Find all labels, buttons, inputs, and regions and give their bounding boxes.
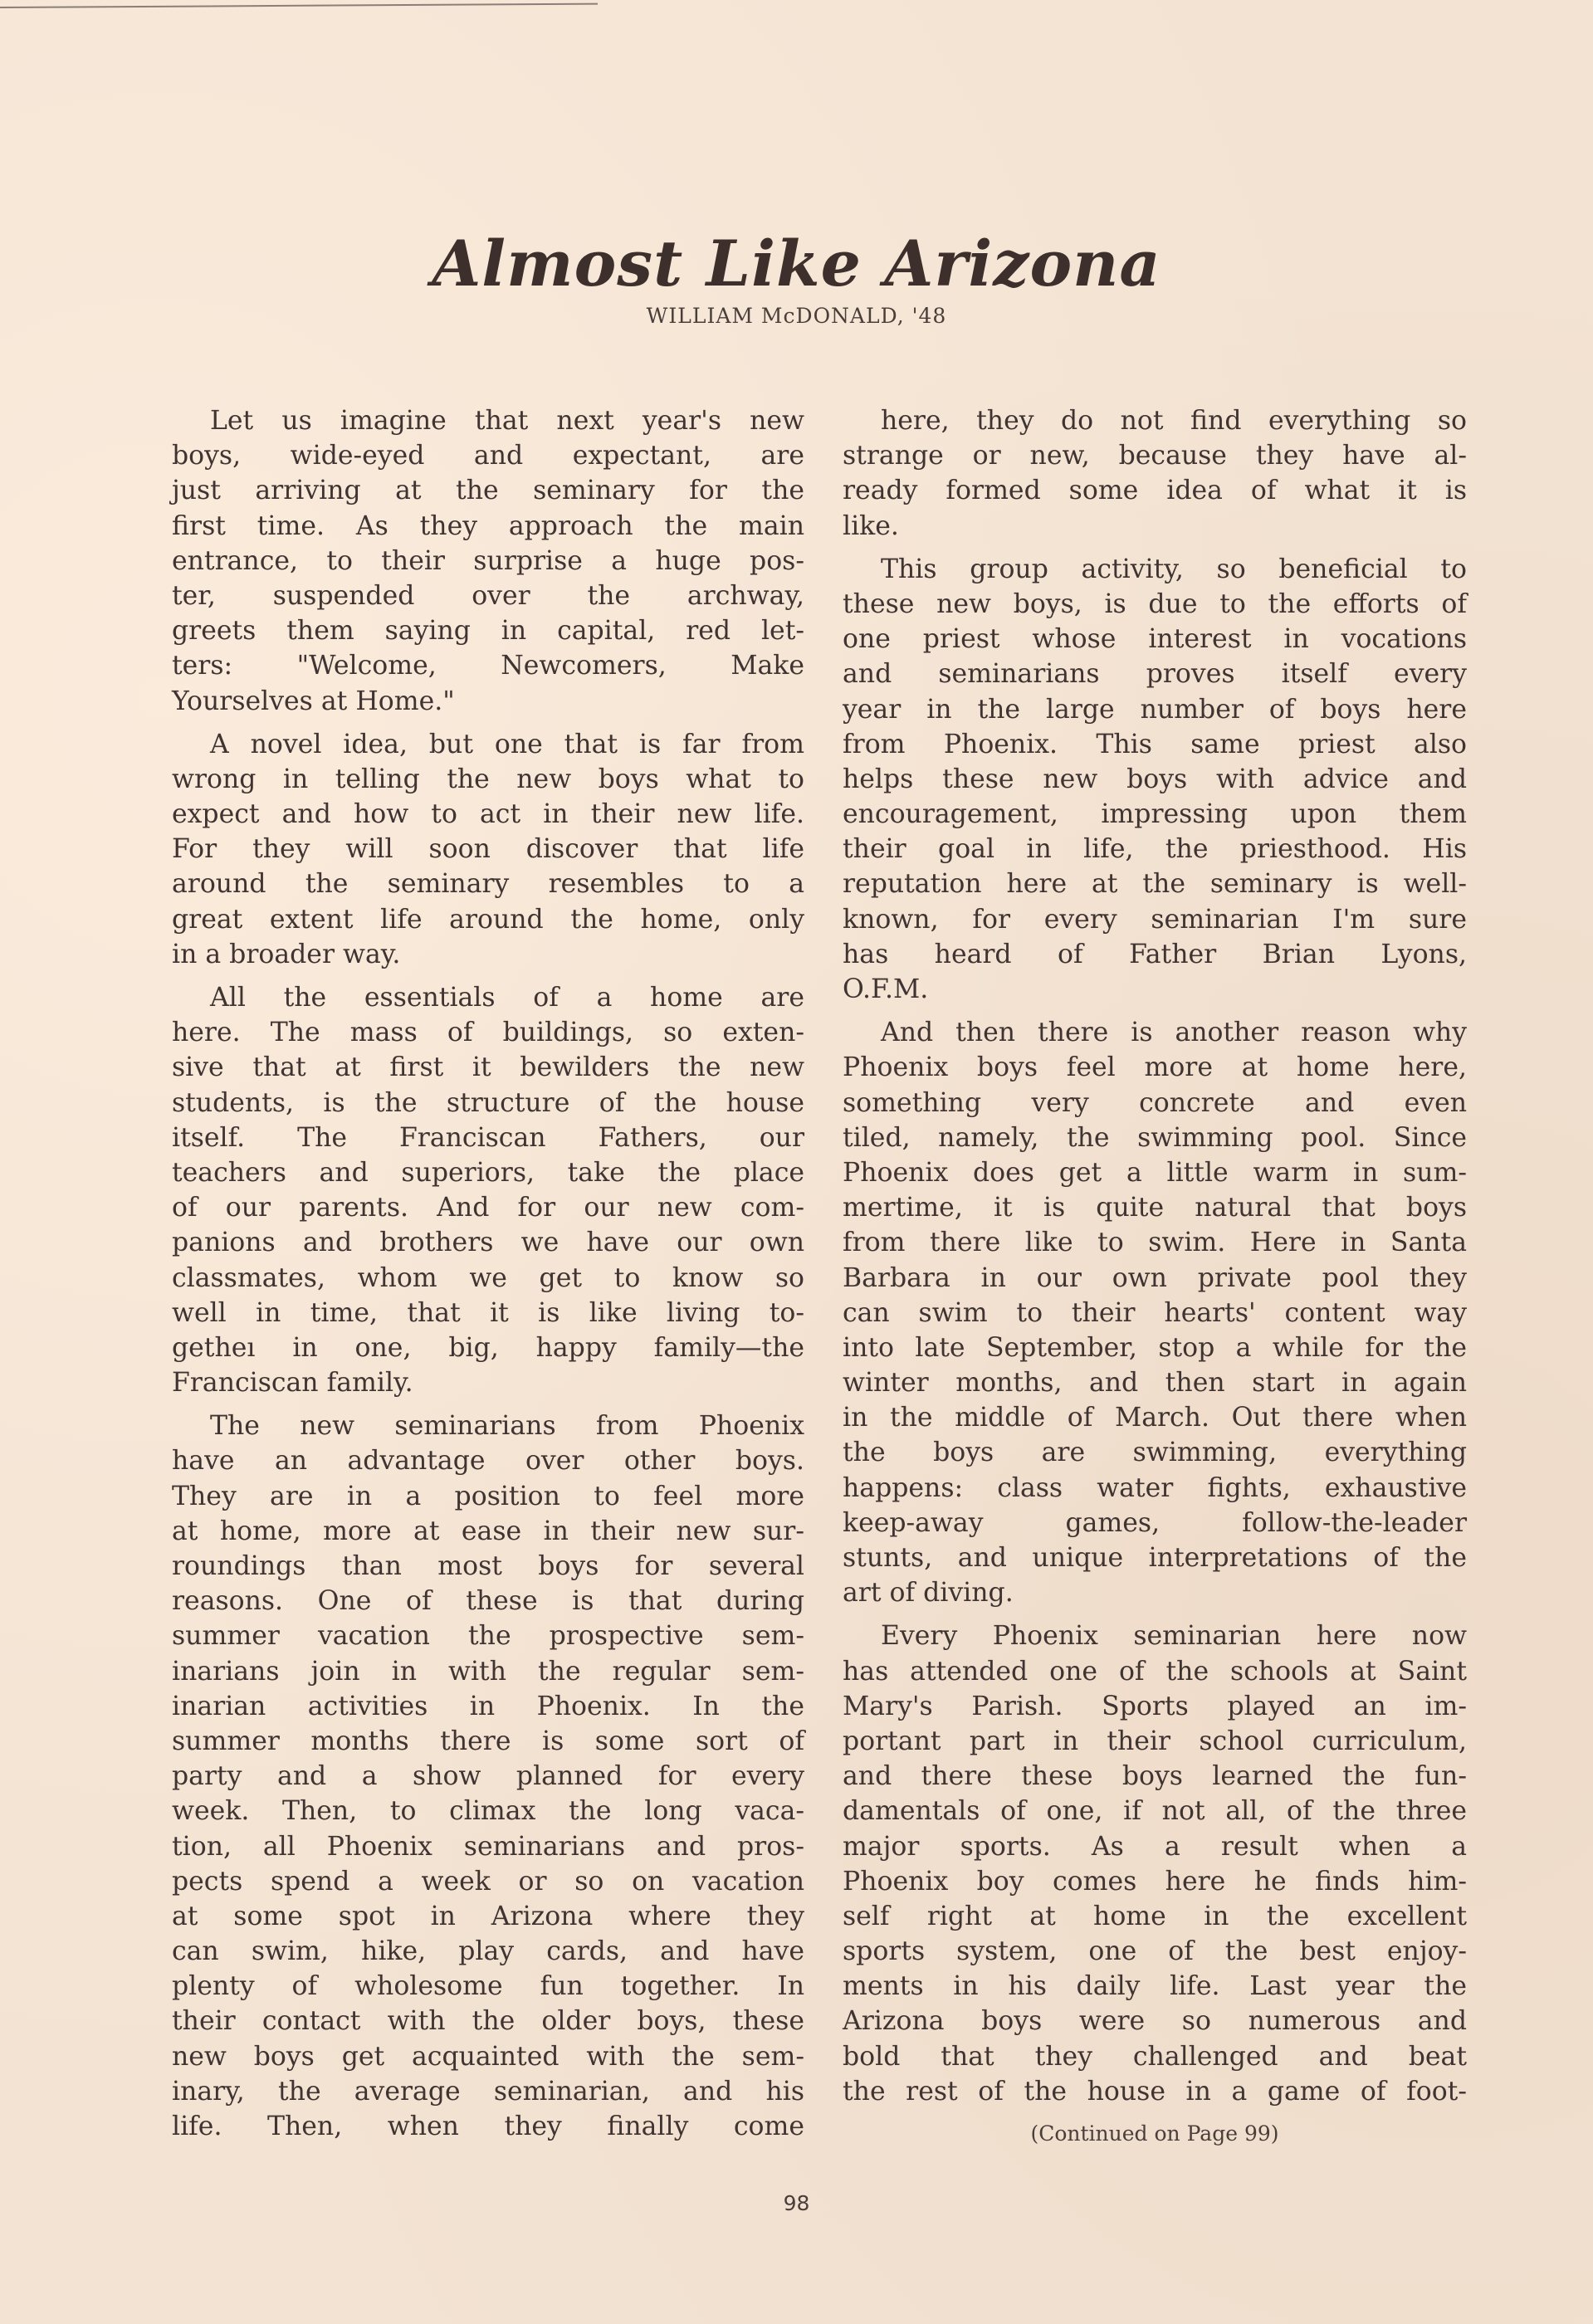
text-line: encouragement, impressing upon them [843, 797, 1467, 832]
text-line: happens: class water fights, exhaustive [843, 1471, 1467, 1506]
text-line: of our parents. And for our new com- [172, 1190, 804, 1225]
text-line: inarians join in with the regular sem- [172, 1654, 804, 1689]
text-line: O.F.M. [843, 972, 1467, 1007]
text-line: in a broader way. [172, 937, 804, 972]
text-line: sive that at first it bewilders the new [172, 1050, 804, 1085]
text-line: And then there is another reason why [843, 1015, 1467, 1050]
text-line: here, they do not find everything so [843, 403, 1467, 438]
text-line: ter, suspended over the archway, [172, 579, 804, 613]
text-line: week. Then, to climax the long vaca- [172, 1794, 804, 1828]
text-line: inary, the average seminarian, and his [172, 2074, 804, 2109]
paragraph: The new seminarians from Phoenixhave an … [172, 1409, 804, 2144]
text-line: these new boys, is due to the efforts of [843, 587, 1467, 622]
text-line: A novel idea, but one that is far from [172, 727, 804, 762]
text-line: Let us imagine that next year's new [172, 403, 804, 438]
text-line: entrance, to their surprise a huge pos- [172, 544, 804, 579]
text-line: stunts, and unique interpretations of th… [843, 1540, 1467, 1575]
text-line: expect and how to act in their new life. [172, 797, 804, 832]
text-line: classmates, whom we get to know so [172, 1261, 804, 1296]
paragraph: Every Phoenix seminarian here nowhas att… [843, 1618, 1467, 2109]
text-line: ters: "Welcome, Newcomers, Make [172, 648, 804, 683]
text-line: has attended one of the schools at Saint [843, 1654, 1467, 1689]
text-line: Mary's Parish. Sports played an im- [843, 1689, 1467, 1724]
text-line: All the essentials of a home are [172, 980, 804, 1015]
text-line: Phoenix does get a little warm in sum- [843, 1155, 1467, 1190]
page-number: 98 [0, 2191, 1593, 2215]
text-line: like. [843, 509, 1467, 544]
text-line: teachers and superiors, take the place [172, 1155, 804, 1190]
text-line: Arizona boys were so numerous and [843, 2004, 1467, 2038]
text-line: here. The mass of buildings, so exten- [172, 1015, 804, 1050]
text-line: portant part in their school curriculum, [843, 1724, 1467, 1759]
text-line: ready formed some idea of what it is [843, 473, 1467, 508]
text-line: inarian activities in Phoenix. In the [172, 1689, 804, 1724]
paragraph: here, they do not find everything sostra… [843, 403, 1467, 544]
text-line: plenty of wholesome fun together. In [172, 1969, 804, 2004]
text-line: art of diving. [843, 1575, 1467, 1610]
text-line: at some spot in Arizona where they [172, 1899, 804, 1934]
paragraph: And then there is another reason whyPhoe… [843, 1015, 1467, 1610]
text-line: For they will soon discover that life [172, 832, 804, 867]
text-line: wrong in telling the new boys what to [172, 762, 804, 797]
text-line: can swim, hike, play cards, and have [172, 1934, 804, 1969]
text-line: reputation here at the seminary is well- [843, 867, 1467, 901]
right-column: here, they do not find everything sostra… [843, 403, 1467, 2151]
text-line: ments in his daily life. Last year the [843, 1969, 1467, 2004]
text-line: Phoenix boy comes here he finds him- [843, 1864, 1467, 1899]
text-line: their contact with the older boys, these [172, 2004, 804, 2038]
text-line: damentals of one, if not all, of the thr… [843, 1794, 1467, 1828]
text-line: This group activity, so beneficial to [843, 552, 1467, 587]
paragraph: A novel idea, but one that is far fromwr… [172, 727, 804, 972]
paragraph: This group activity, so beneficial tothe… [843, 552, 1467, 1007]
text-line: the boys are swimming, everything [843, 1435, 1467, 1470]
text-line: and seminarians proves itself every [843, 657, 1467, 691]
text-line: the rest of the house in a game of foot- [843, 2074, 1467, 2109]
text-line: Barbara in our own private pool they [843, 1261, 1467, 1296]
text-line: can swim to their hearts' content way [843, 1296, 1467, 1330]
text-line: first time. As they approach the main [172, 509, 804, 544]
text-line: into late September, stop a while for th… [843, 1330, 1467, 1365]
text-line: summer vacation the prospective sem- [172, 1618, 804, 1653]
page-edge-rule [0, 3, 598, 8]
text-line: pects spend a week or so on vacation [172, 1864, 804, 1899]
text-line: their goal in life, the priesthood. His [843, 832, 1467, 867]
text-line: mertime, it is quite natural that boys [843, 1190, 1467, 1225]
text-line: tiled, namely, the swimming pool. Since [843, 1120, 1467, 1155]
text-line: keep-away games, follow-the-leader [843, 1506, 1467, 1540]
text-line: major sports. As a result when a [843, 1829, 1467, 1864]
text-line: panions and brothers we have our own [172, 1225, 804, 1260]
text-line: self right at home in the excellent [843, 1899, 1467, 1934]
text-line: roundings than most boys for several [172, 1549, 804, 1584]
text-line: sports system, one of the best enjoy- [843, 1934, 1467, 1969]
text-line: tion, all Phoenix seminarians and pros- [172, 1829, 804, 1864]
text-line: The new seminarians from Phoenix [172, 1409, 804, 1443]
text-line: one priest whose interest in vocations [843, 622, 1467, 657]
text-line: They are in a position to feel more [172, 1479, 804, 1514]
text-line: life. Then, when they finally come [172, 2109, 804, 2144]
text-line: something very concrete and even [843, 1086, 1467, 1120]
text-line: new boys get acquainted with the sem- [172, 2039, 804, 2074]
text-line: reasons. One of these is that during [172, 1584, 804, 1618]
text-line: have an advantage over other boys. [172, 1443, 804, 1478]
text-line: around the seminary resembles to a [172, 867, 804, 901]
text-line: has heard of Father Brian Lyons, [843, 937, 1467, 972]
text-line: and there these boys learned the fun- [843, 1759, 1467, 1794]
text-line: itself. The Franciscan Fathers, our [172, 1120, 804, 1155]
text-line: summer months there is some sort of [172, 1724, 804, 1759]
text-line: bold that they challenged and beat [843, 2039, 1467, 2074]
text-line: known, for every seminarian I'm sure [843, 902, 1467, 937]
text-line: helps these new boys with advice and [843, 762, 1467, 797]
paragraph: Let us imagine that next year's newboys,… [172, 403, 804, 719]
text-line: Phoenix boys feel more at home here, [843, 1050, 1467, 1085]
text-line: at home, more at ease in their new sur- [172, 1514, 804, 1549]
article-title: Almost Like Arizona [0, 227, 1593, 300]
text-line: Yourselves at Home." [172, 684, 804, 719]
text-line: getheı in one, big, happy family—the [172, 1330, 804, 1365]
left-column: Let us imagine that next year's newboys,… [172, 403, 804, 2152]
text-line: from Phoenix. This same priest also [843, 727, 1467, 762]
text-line: great extent life around the home, only [172, 902, 804, 937]
article-byline: WILLIAM McDONALD, '48 [0, 304, 1593, 328]
text-line: boys, wide-eyed and expectant, are [172, 438, 804, 473]
text-line: Every Phoenix seminarian here now [843, 1618, 1467, 1653]
text-line: strange or new, because they have al- [843, 438, 1467, 473]
text-line: in the middle of March. Out there when [843, 1400, 1467, 1435]
text-line: students, is the structure of the house [172, 1086, 804, 1120]
text-line: Franciscan family. [172, 1365, 804, 1400]
text-line: year in the large number of boys here [843, 692, 1467, 727]
text-line: from there like to swim. Here in Santa [843, 1225, 1467, 1260]
text-line: greets them saying in capital, red let- [172, 613, 804, 648]
paragraph: All the essentials of a home arehere. Th… [172, 980, 804, 1400]
continued-note: (Continued on Page 99) [843, 2117, 1467, 2151]
text-line: just arriving at the seminary for the [172, 473, 804, 508]
text-line: winter months, and then start in again [843, 1365, 1467, 1400]
text-line: well in time, that it is like living to- [172, 1296, 804, 1330]
text-line: party and a show planned for every [172, 1759, 804, 1794]
